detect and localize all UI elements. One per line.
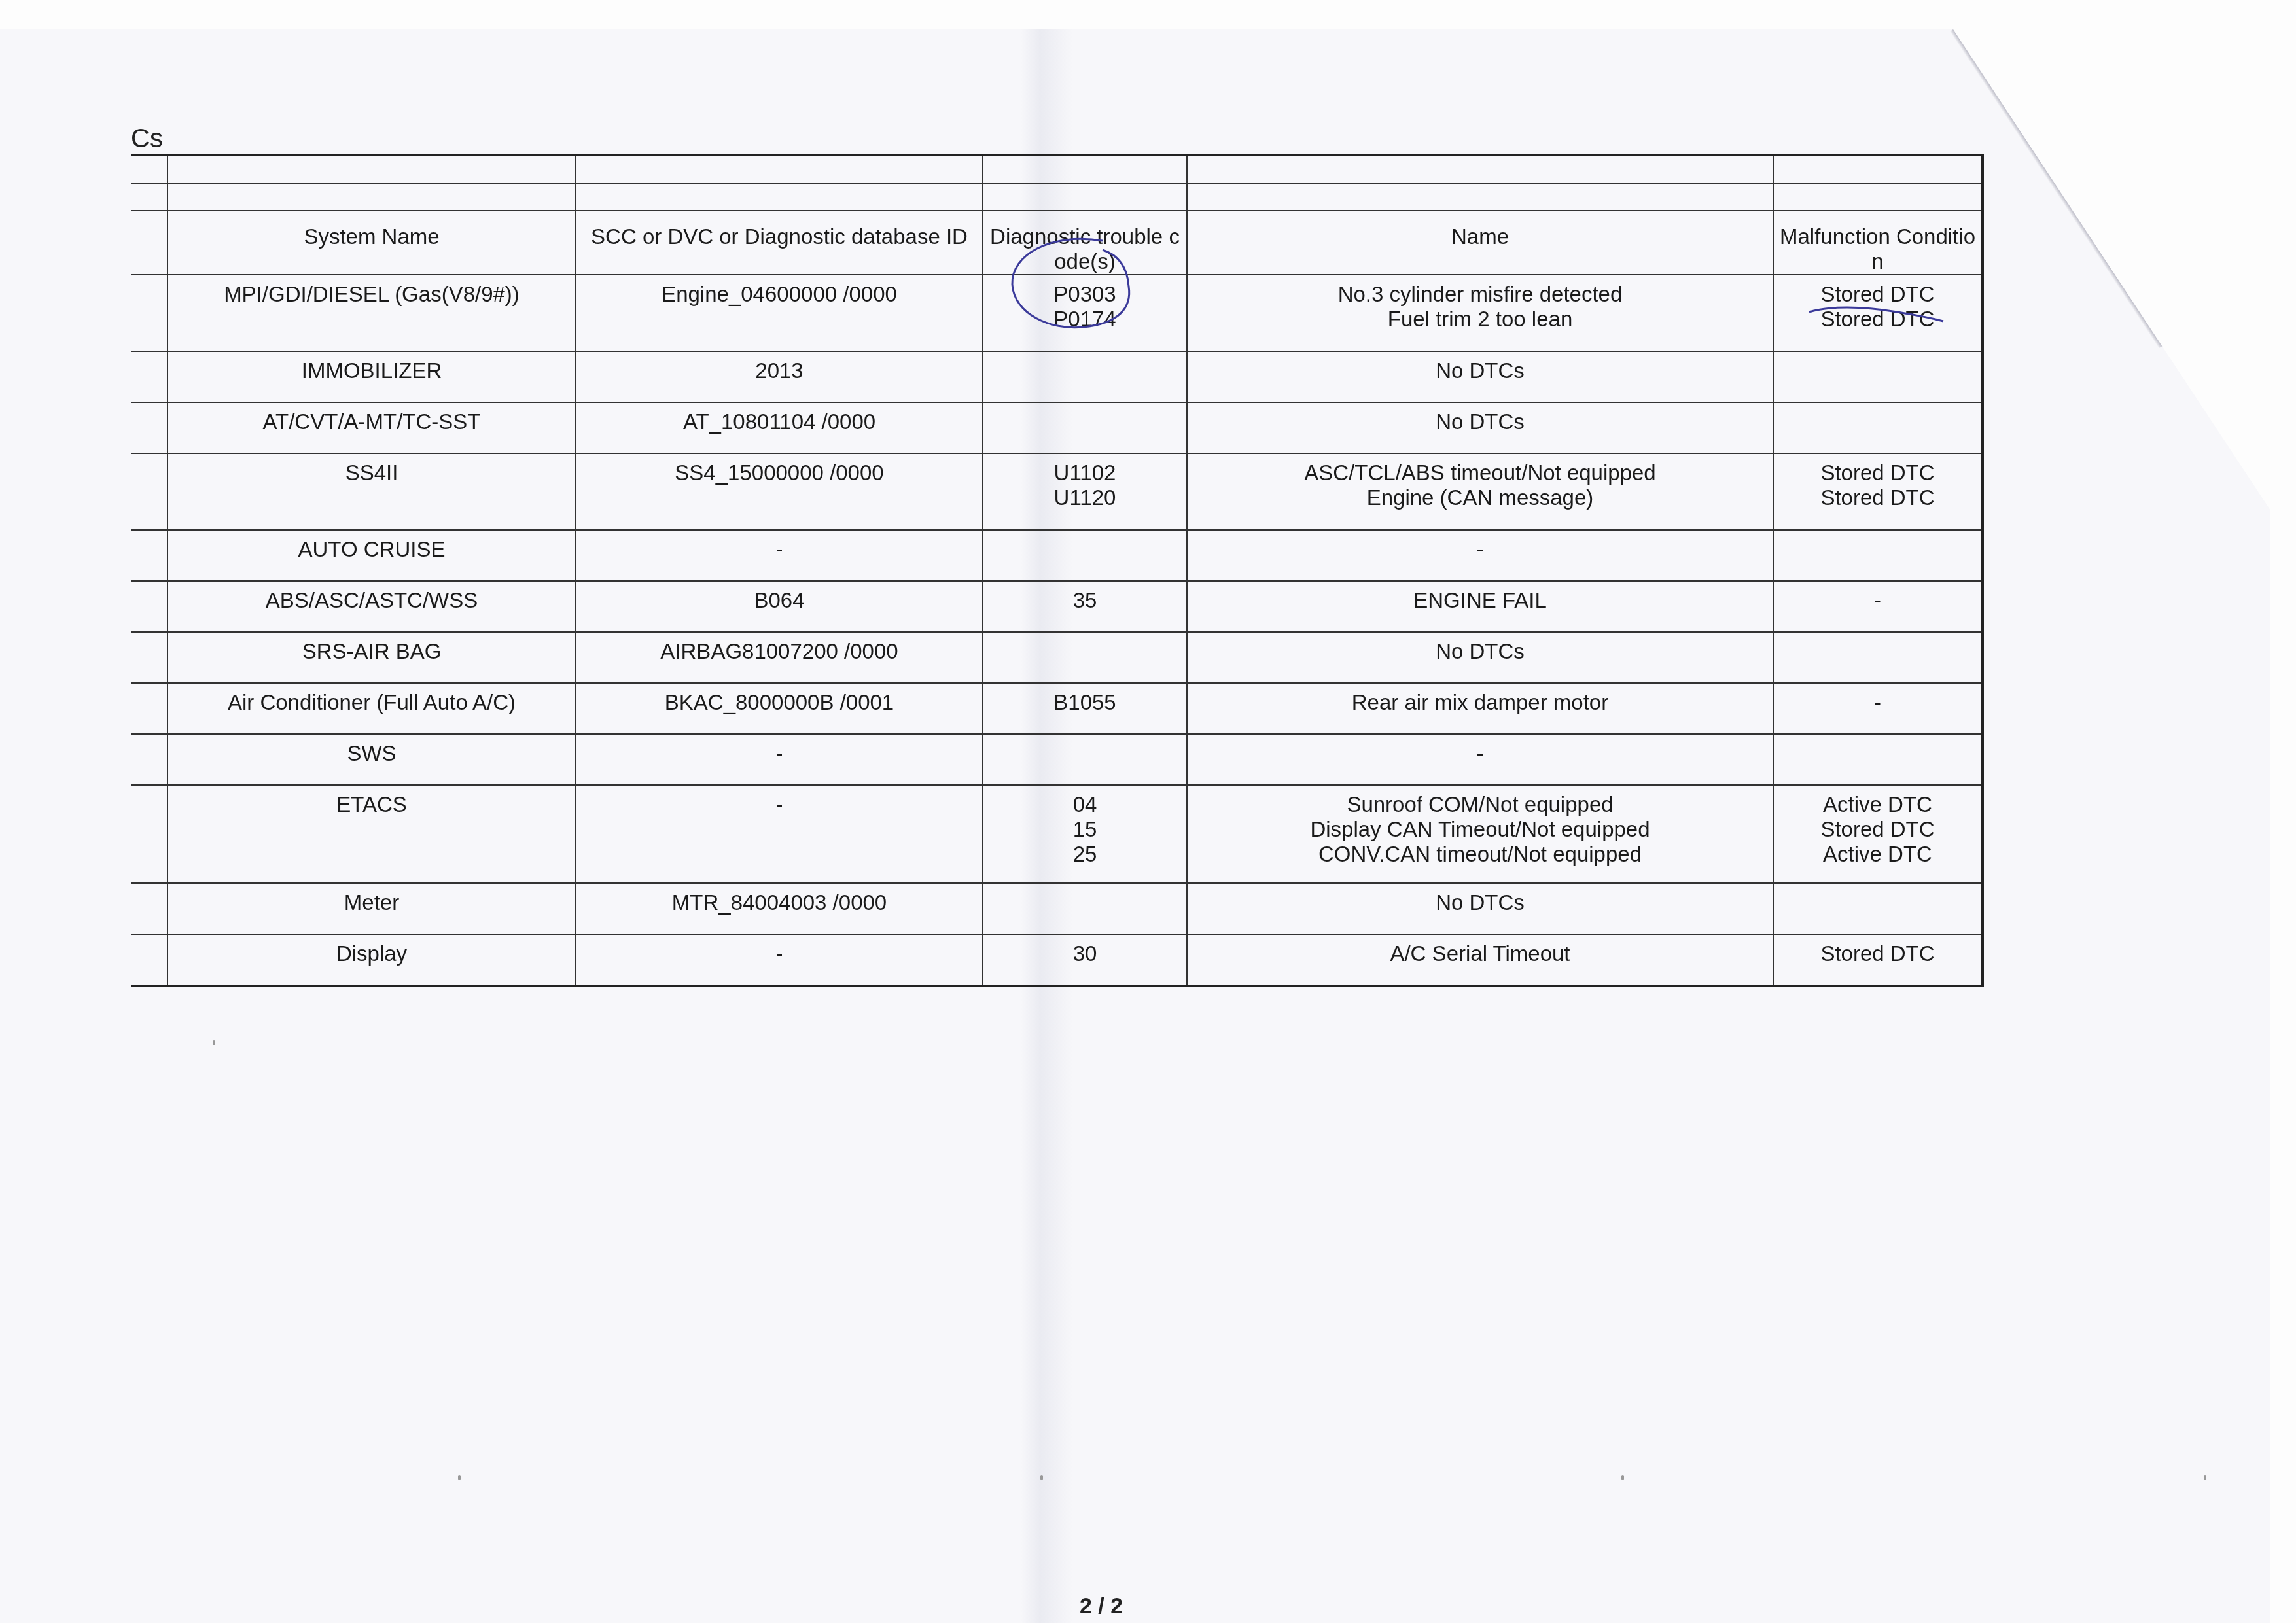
cell-condition [1773,632,1983,683]
row-margin-cell [131,351,168,402]
table-row: MeterMTR_84004003 /0000No DTCs [131,883,1983,934]
cell-dtc: 35 [983,581,1187,632]
cell-name: - [1187,530,1773,581]
header-database-id: SCC or DVC or Diagnostic database ID [576,211,983,275]
table-row: AT/CVT/A-MT/TC-SSTAT_10801104 /0000No DT… [131,402,1983,453]
header-system-name: System Name [168,211,576,275]
table-row: SWS-- [131,734,1983,785]
cell-name: Sunroof COM/Not equipped Display CAN Tim… [1187,785,1773,883]
cell-database-id: - [576,934,983,986]
table-row: MPI/GDI/DIESEL (Gas(V8/9#))Engine_046000… [131,275,1983,351]
row-margin-cell [131,530,168,581]
row-margin-cell [131,275,168,351]
heading-fragment: Cs [131,124,163,154]
table-row: Display-30A/C Serial TimeoutStored DTC [131,934,1983,986]
cell-system-name: SRS-AIR BAG [168,632,576,683]
cell-database-id: Engine_04600000 /0000 [576,275,983,351]
cell-condition [1773,402,1983,453]
row-margin-cell [131,632,168,683]
cell-name: No DTCs [1187,632,1773,683]
scan-speck [458,1475,461,1480]
cell-system-name: ABS/ASC/ASTC/WSS [168,581,576,632]
cell-database-id: B064 [576,581,983,632]
header-condition: Malfunction Conditio n [1773,211,1983,275]
cell-dtc: 30 [983,934,1187,986]
cell-condition: - [1773,581,1983,632]
cell-system-name: Meter [168,883,576,934]
cell-database-id: - [576,785,983,883]
row-margin-cell [131,734,168,785]
table-spacer-row [131,183,1983,211]
cell-dtc: B1055 [983,683,1187,734]
cell-system-name: ETACS [168,785,576,883]
cell-dtc [983,351,1187,402]
table-row: SS4IISS4_15000000 /0000U1102 U1120ASC/TC… [131,453,1983,530]
cell-condition: Stored DTC Stored DTC [1773,275,1983,351]
cell-dtc [983,734,1187,785]
cell-condition: - [1773,683,1983,734]
cell-system-name: AUTO CRUISE [168,530,576,581]
header-name: Name [1187,211,1773,275]
cell-dtc [983,883,1187,934]
cell-system-name: Display [168,934,576,986]
row-margin-cell [131,453,168,530]
cell-dtc: U1102 U1120 [983,453,1187,530]
table-row: IMMOBILIZER2013No DTCs [131,351,1983,402]
cell-name: No DTCs [1187,351,1773,402]
row-margin-cell [131,402,168,453]
row-margin-cell [131,883,168,934]
table-row: Air Conditioner (Full Auto A/C)BKAC_8000… [131,683,1983,734]
cell-name: A/C Serial Timeout [1187,934,1773,986]
cell-name: ENGINE FAIL [1187,581,1773,632]
cell-dtc [983,632,1187,683]
cell-condition: Stored DTC Stored DTC [1773,453,1983,530]
table-row: ABS/ASC/ASTC/WSSB06435ENGINE FAIL- [131,581,1983,632]
cell-condition: Active DTC Stored DTC Active DTC [1773,785,1983,883]
row-margin-cell [131,581,168,632]
cell-condition [1773,883,1983,934]
cell-database-id: 2013 [576,351,983,402]
cell-system-name: SWS [168,734,576,785]
table-row: SRS-AIR BAGAIRBAG81007200 /0000No DTCs [131,632,1983,683]
cell-condition [1773,351,1983,402]
cell-database-id: SS4_15000000 /0000 [576,453,983,530]
table-header-row: System Name SCC or DVC or Diagnostic dat… [131,211,1983,275]
cell-system-name: Air Conditioner (Full Auto A/C) [168,683,576,734]
cell-database-id: - [576,530,983,581]
table-row: AUTO CRUISE-- [131,530,1983,581]
row-margin-cell [131,934,168,986]
scan-speck [213,1040,215,1045]
cell-name: - [1187,734,1773,785]
cell-database-id: - [576,734,983,785]
cell-database-id: BKAC_8000000B /0001 [576,683,983,734]
scan-speck [1621,1475,1624,1480]
row-margin-cell [131,785,168,883]
cell-database-id: AIRBAG81007200 /0000 [576,632,983,683]
scan-speck [2204,1475,2206,1480]
cell-dtc [983,530,1187,581]
scan-speck [1040,1475,1043,1480]
cell-system-name: IMMOBILIZER [168,351,576,402]
cell-dtc: P0303 P0174 [983,275,1187,351]
cell-name: No DTCs [1187,883,1773,934]
table-spacer-row [131,155,1983,183]
cell-system-name: MPI/GDI/DIESEL (Gas(V8/9#)) [168,275,576,351]
cell-name: No DTCs [1187,402,1773,453]
dtc-table: System Name SCC or DVC or Diagnostic dat… [131,154,1984,987]
cell-database-id: AT_10801104 /0000 [576,402,983,453]
cell-dtc: 04 15 25 [983,785,1187,883]
cell-name: No.3 cylinder misfire detected Fuel trim… [1187,275,1773,351]
cell-name: Rear air mix damper motor [1187,683,1773,734]
cell-condition [1773,530,1983,581]
cell-system-name: SS4II [168,453,576,530]
cell-name: ASC/TCL/ABS timeout/Not equipped Engine … [1187,453,1773,530]
cell-condition: Stored DTC [1773,934,1983,986]
header-dtc: Diagnostic trouble c ode(s) [983,211,1187,275]
row-margin-cell [131,683,168,734]
cell-system-name: AT/CVT/A-MT/TC-SST [168,402,576,453]
page-number: 2 / 2 [1080,1594,1123,1619]
table-row: ETACS-04 15 25Sunroof COM/Not equipped D… [131,785,1983,883]
cell-database-id: MTR_84004003 /0000 [576,883,983,934]
cell-condition [1773,734,1983,785]
cell-dtc [983,402,1187,453]
